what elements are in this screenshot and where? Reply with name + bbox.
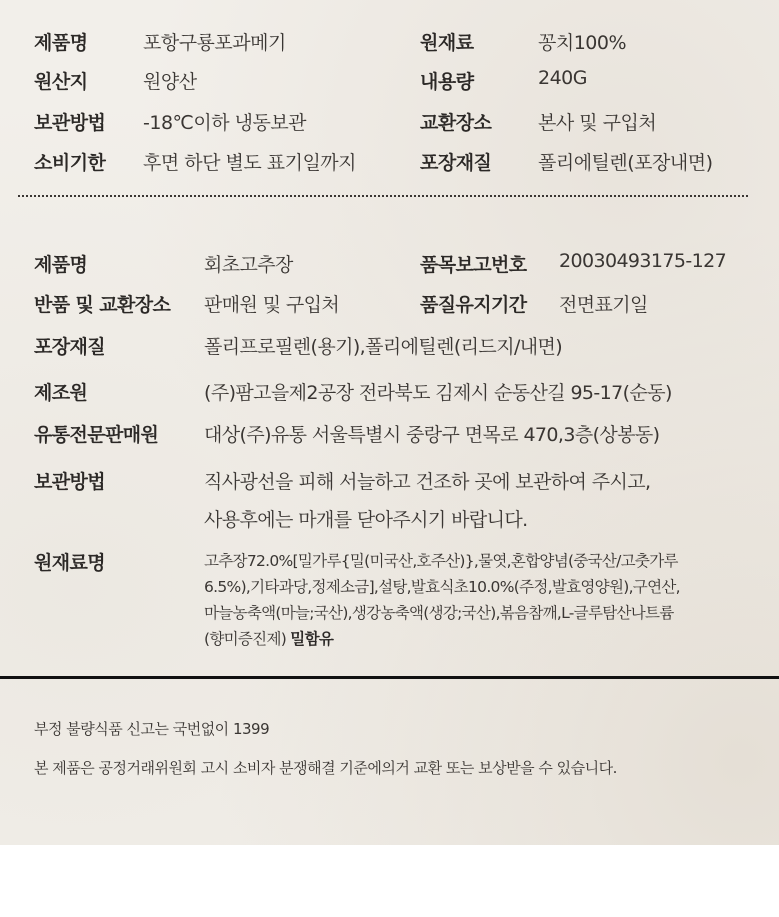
info2-value-shelf-life: 전면표기일 bbox=[559, 290, 648, 317]
info2-label-distributor: 유통전문판매원 bbox=[34, 420, 158, 447]
info2-label-ingredients: 원재료명 bbox=[34, 548, 105, 575]
solid-divider bbox=[0, 676, 779, 679]
footer-report-line: 부정 불량식품 신고는 국번없이 1399 bbox=[34, 718, 269, 739]
info2-value-report-number: 20030493175-127 bbox=[559, 250, 726, 272]
info1-value-ingredients: 꽁치100% bbox=[538, 28, 626, 55]
info1-value-exchange-place: 본사 및 구입처 bbox=[538, 108, 656, 135]
info2-value-product-name: 회초고추장 bbox=[204, 250, 293, 277]
info1-label-storage: 보관방법 bbox=[34, 108, 105, 135]
info2-value-packaging: 폴리프로필렌(용기),폴리에틸렌(리드지/내면) bbox=[204, 332, 562, 359]
info1-label-ingredients: 원재료 bbox=[420, 28, 474, 55]
info1-label-packaging: 포장재질 bbox=[420, 148, 491, 175]
info2-ingredients-block: 고추장72.0%[밀가루{밀(미국산,호주산)},물엿,혼합양념(중국산/고춧가… bbox=[204, 548, 764, 652]
info2-value-storage-line-2: 사용후에는 마개를 닫아주시기 바랍니다. bbox=[204, 505, 528, 532]
footer-compensation-line: 본 제품은 공정거래위원회 고시 소비자 분쟁해결 기준에의거 교환 또는 보상… bbox=[34, 757, 617, 778]
ingredients-line-1: 고추장72.0%[밀가루{밀(미국산,호주산)},물엿,혼합양념(중국산/고춧가… bbox=[204, 548, 764, 574]
info1-label-expiry: 소비기한 bbox=[34, 148, 105, 175]
info2-label-manufacturer: 제조원 bbox=[34, 378, 87, 405]
info2-label-storage: 보관방법 bbox=[34, 467, 105, 494]
info2-label-report-number: 품목보고번호 bbox=[420, 250, 527, 277]
info1-value-packaging: 폴리에틸렌(포장내면) bbox=[538, 148, 713, 175]
info1-value-storage: -18℃이하 냉동보관 bbox=[143, 108, 306, 135]
ingredients-line-2: 6.5%),기타과당,정제소금],설탕,발효식초10.0%(주정,발효영양원),… bbox=[204, 574, 764, 600]
info2-value-return-place: 판매원 및 구입처 bbox=[204, 290, 339, 317]
info1-label-product-name: 제품명 bbox=[34, 28, 88, 55]
info1-value-origin: 원양산 bbox=[143, 67, 197, 94]
ingredients-line-4-prefix: (향미증진제) bbox=[204, 630, 290, 648]
allergen-notice: 밀함유 bbox=[290, 630, 333, 648]
info1-label-exchange-place: 교환장소 bbox=[420, 108, 491, 135]
info2-label-shelf-life: 품질유지기간 bbox=[420, 290, 527, 317]
info2-label-packaging: 포장재질 bbox=[34, 332, 105, 359]
ingredients-line-4: (향미증진제) 밀함유 bbox=[204, 626, 764, 652]
info1-label-origin: 원산지 bbox=[34, 67, 88, 94]
ingredients-line-3: 마늘농축액(마늘;국산),생강농축액(생강;국산),볶음참깨,L-글루탐산나트륨 bbox=[204, 600, 764, 626]
info2-value-distributor: 대상(주)유통 서울특별시 중랑구 면목로 470,3층(상봉동) bbox=[204, 420, 659, 447]
dotted-divider bbox=[18, 195, 748, 197]
info2-label-return-place: 반품 및 교환장소 bbox=[34, 290, 170, 317]
info2-label-product-name: 제품명 bbox=[34, 250, 87, 277]
info1-value-product-name: 포항구룡포과메기 bbox=[143, 28, 286, 55]
info2-value-manufacturer: (주)팜고을제2공장 전라북도 김제시 순동산길 95-17(순동) bbox=[204, 378, 672, 405]
info1-value-volume: 240G bbox=[538, 67, 587, 89]
info2-value-storage-line-1: 직사광선을 피해 서늘하고 건조하 곳에 보관하여 주시고, bbox=[204, 467, 650, 494]
info1-label-volume: 내용량 bbox=[420, 67, 474, 94]
info1-value-expiry: 후면 하단 별도 표기일까지 bbox=[143, 148, 356, 175]
